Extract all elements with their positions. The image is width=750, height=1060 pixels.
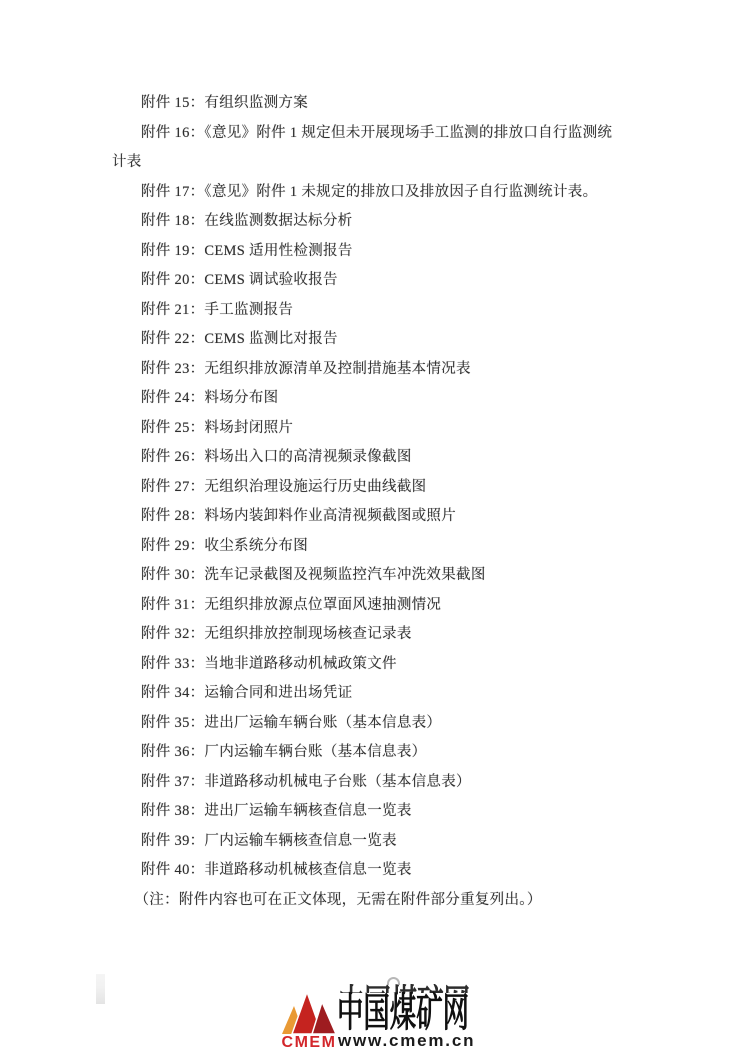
scanned-document-page: 附件 15：有组织监测方案 附件 16：《意见》附件 1 规定但未开展现场手工监…	[0, 0, 750, 1060]
attachment-line: 附件 16：《意见》附件 1 规定但未开展现场手工监测的排放口自行监测统计表	[112, 119, 617, 178]
cmem-mountains-icon	[281, 991, 337, 1034]
logo-small-emblem	[387, 977, 400, 985]
attachment-line: 附件 24：料场分布图	[112, 384, 617, 414]
attachment-line: 附件 28：料场内装卸料作业高清视频截图或照片	[112, 502, 617, 532]
attachment-line: 附件 30：洗车记录截图及视频监控汽车冲洗效果截图	[112, 561, 617, 591]
attachment-line: 附件 17：《意见》附件 1 未规定的排放口及排放因子自行监测统计表。	[112, 178, 617, 208]
scan-artifact	[96, 974, 105, 1004]
attachment-line: 附件 40：非道路移动机械核查信息一览表	[112, 856, 617, 886]
attachment-line: 附件 18：在线监测数据达标分析	[112, 207, 617, 237]
cmem-logo-block: CMEM	[281, 991, 337, 1050]
attachment-line: 附件 31：无组织排放源点位罩面风速抽测情况	[112, 591, 617, 621]
attachment-line: 附件 33：当地非道路移动机械政策文件	[112, 650, 617, 680]
attachment-line: 附件 21：手工监测报告	[112, 296, 617, 326]
attachment-line: 附件 25：料场封闭照片	[112, 414, 617, 444]
attachment-list: 附件 15：有组织监测方案 附件 16：《意见》附件 1 规定但未开展现场手工监…	[112, 89, 617, 915]
attachment-line: 附件 36：厂内运输车辆台账（基本信息表）	[112, 738, 617, 768]
site-url-text: www.cmem.cn	[338, 1033, 475, 1049]
attachment-line: 附件 22：CEMS 监测比对报告	[112, 325, 617, 355]
cmem-abbr-text: CMEM	[282, 1035, 337, 1050]
note-line: （注：附件内容也可在正文体现，无需在附件部分重复列出。）	[112, 886, 617, 916]
attachment-line: 附件 39：厂内运输车辆核查信息一览表	[112, 827, 617, 857]
attachment-line: 附件 27：无组织治理设施运行历史曲线截图	[112, 473, 617, 503]
attachment-line: 附件 38：进出厂运输车辆核查信息一览表	[112, 797, 617, 827]
attachment-line: 附件 34：运输合同和进出场凭证	[112, 679, 617, 709]
attachment-line: 附件 20：CEMS 调试验收报告	[112, 266, 617, 296]
attachment-line: 附件 26：料场出入口的高清视频录像截图	[112, 443, 617, 473]
attachment-line: 附件 35：进出厂运输车辆台账（基本信息表）	[112, 709, 617, 739]
attachment-line: 附件 23：无组织排放源清单及控制措施基本情况表	[112, 355, 617, 385]
attachment-line: 附件 32：无组织排放控制现场核查记录表	[112, 620, 617, 650]
attachment-line: 附件 19：CEMS 适用性检测报告	[112, 237, 617, 267]
attachment-line: 附件 15：有组织监测方案	[112, 89, 617, 119]
attachment-line: 附件 37：非道路移动机械电子台账（基本信息表）	[112, 768, 617, 798]
attachment-line: 附件 29：收尘系统分布图	[112, 532, 617, 562]
site-name-text: 中国煤矿网	[337, 992, 469, 1034]
